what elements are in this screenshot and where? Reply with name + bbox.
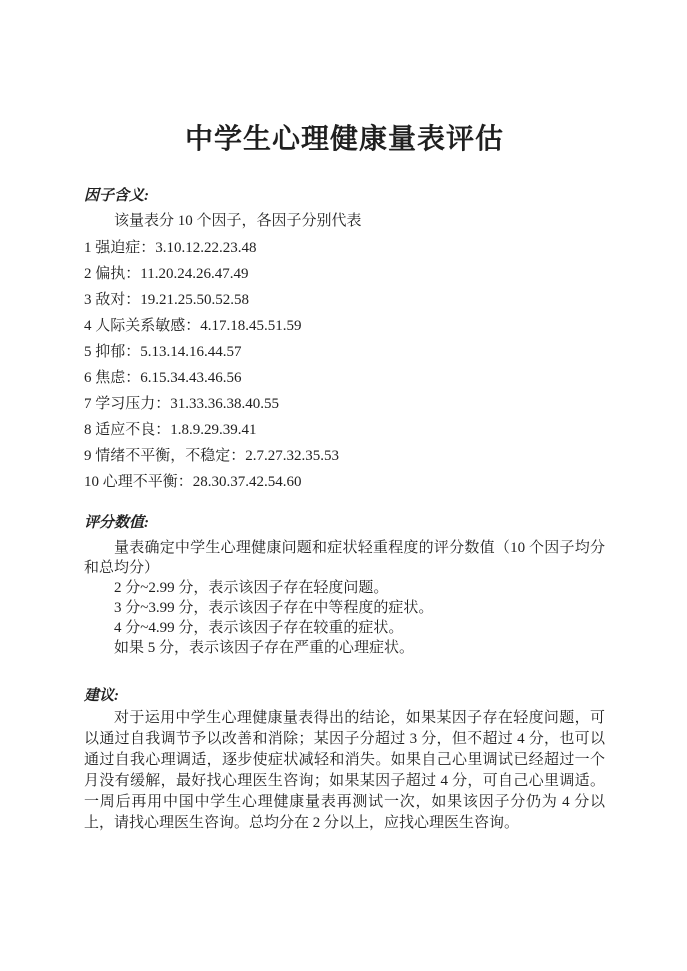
score-level-line: 3 分~3.99 分，表示该因子存在中等程度的症状。 bbox=[84, 598, 605, 618]
document-content: 中学生心理健康量表评估 因子含义: 该量表分 10 个因子，各因子分别代表 1 … bbox=[0, 0, 687, 834]
factor-row: 1 强迫症：3.10.12.22.23.48 bbox=[84, 235, 605, 261]
score-level-list: 2 分~2.99 分，表示该因子存在轻度问题。 3 分~3.99 分，表示该因子… bbox=[84, 578, 605, 658]
factor-meaning-section: 因子含义: 该量表分 10 个因子，各因子分别代表 1 强迫症：3.10.12.… bbox=[84, 186, 605, 495]
factor-row: 9 情绪不平衡，不稳定：2.7.27.32.35.53 bbox=[84, 443, 605, 469]
factor-row: 10 心理不平衡：28.30.37.42.54.60 bbox=[84, 469, 605, 495]
factor-row: 6 焦虑：6.15.34.43.46.56 bbox=[84, 365, 605, 391]
factor-row: 8 适应不良：1.8.9.29.39.41 bbox=[84, 417, 605, 443]
factor-section-heading: 因子含义: bbox=[84, 186, 605, 206]
score-value-section: 评分数值: 量表确定中学生心理健康问题和症状轻重程度的评分数值（10 个因子均分… bbox=[84, 513, 605, 658]
score-level-line: 如果 5 分，表示该因子存在严重的心理症状。 bbox=[84, 638, 605, 658]
factor-row: 5 抑郁：5.13.14.16.44.57 bbox=[84, 339, 605, 365]
factor-row: 2 偏执：11.20.24.26.47.49 bbox=[84, 261, 605, 287]
factor-row: 3 敌对：19.21.25.50.52.58 bbox=[84, 287, 605, 313]
advice-section-heading: 建议: bbox=[84, 686, 605, 706]
advice-section: 建议: 对于运用中学生心理健康量表得出的结论，如果某因子存在轻度问题，可以通过自… bbox=[84, 686, 605, 834]
score-level-line: 4 分~4.99 分，表示该因子存在较重的症状。 bbox=[84, 618, 605, 638]
score-section-heading: 评分数值: bbox=[84, 513, 605, 533]
factor-row: 4 人际关系敏感：4.17.18.45.51.59 bbox=[84, 313, 605, 339]
factor-row: 7 学习压力：31.33.36.38.40.55 bbox=[84, 391, 605, 417]
factor-section-intro: 该量表分 10 个因子，各因子分别代表 bbox=[84, 211, 605, 231]
factor-list: 1 强迫症：3.10.12.22.23.48 2 偏执：11.20.24.26.… bbox=[84, 235, 605, 495]
document-title: 中学生心理健康量表评估 bbox=[84, 122, 605, 158]
advice-paragraph: 对于运用中学生心理健康量表得出的结论，如果某因子存在轻度问题，可以通过自我调节予… bbox=[84, 708, 605, 834]
score-level-line: 2 分~2.99 分，表示该因子存在轻度问题。 bbox=[84, 578, 605, 598]
document-page: 中学生心理健康量表评估 因子含义: 该量表分 10 个因子，各因子分别代表 1 … bbox=[0, 0, 687, 971]
score-section-intro: 量表确定中学生心理健康问题和症状轻重程度的评分数值（10 个因子均分和总均分） bbox=[84, 538, 605, 578]
